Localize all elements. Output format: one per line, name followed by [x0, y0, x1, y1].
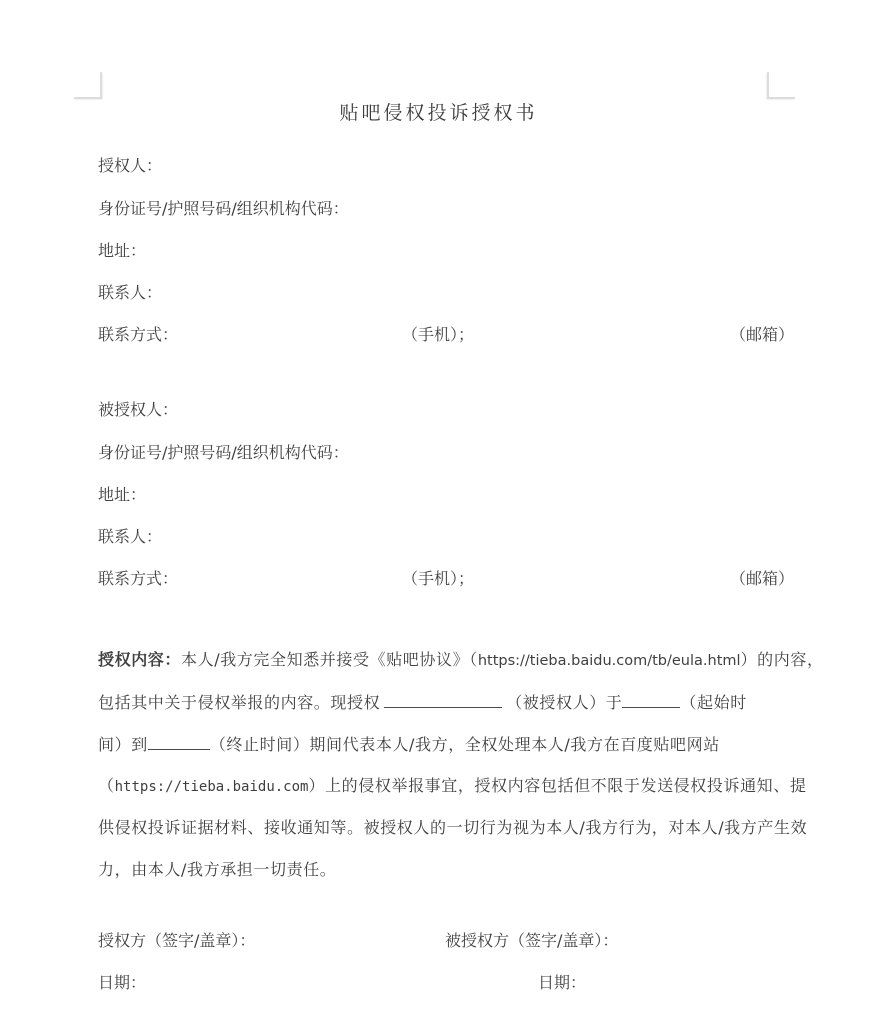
- end-time-blank: [148, 734, 210, 750]
- authorized-date-label: 日期：: [538, 973, 586, 993]
- authorization-l2-text: 包括其中关于侵权举报的内容。现授权: [98, 693, 380, 712]
- authorized-party-label: 被授权人：: [98, 400, 178, 420]
- authorizer-address-label: 地址：: [98, 241, 146, 261]
- authorizer-contact-person-label: 联系人：: [98, 283, 162, 303]
- authorization-heading: 授权内容：: [98, 650, 181, 669]
- authorization-paragraph-line-2: 包括其中关于侵权举报的内容。现授权（被授权人）于（起始时: [98, 692, 747, 713]
- authorized-address-label: 地址：: [98, 485, 146, 505]
- document-page: 贴吧侵权投诉授权书 授权人： 身份证号/护照号码/组织机构代码： 地址： 联系人…: [0, 0, 877, 1022]
- authorizer-phone-hint: （手机）；: [402, 325, 474, 345]
- authorizer-id-label: 身份证号/护照号码/组织机构代码：: [98, 199, 349, 219]
- authorizer-date-label: 日期：: [98, 973, 146, 993]
- authorized-name-blank: [384, 692, 502, 708]
- authorizer-contact-method-label: 联系方式：: [98, 325, 178, 344]
- authorization-l1-tail: ）的内容，: [741, 650, 824, 669]
- authorized-contact-method-row: 联系方式： （手机）； （邮箱）: [98, 569, 178, 589]
- eula-url: https://tieba.baidu.com/tb/eula.html: [478, 653, 741, 669]
- authorization-l2-tail: （起始时: [680, 693, 746, 712]
- authorization-paragraph-line-5: 供侵权投诉证据材料、接收通知等。被授权人的一切行为视为本人/我方行为，对本人/我…: [98, 818, 807, 838]
- margin-corner-top-right-icon: [767, 72, 795, 99]
- authorization-l4-open: （: [98, 776, 115, 795]
- authorization-l2-mid: （被授权人）于: [506, 693, 622, 712]
- authorization-l4-tail: ）上的侵权举报事宜，授权内容包括但不限于发送侵权投诉通知、提: [308, 776, 806, 795]
- authorization-paragraph-line-4: （https://tieba.baidu.com）上的侵权举报事宜，授权内容包括…: [98, 776, 807, 797]
- authorizer-signature-label: 授权方（签字/盖章）：: [98, 931, 255, 951]
- authorizer-contact-method-row: 联系方式： （手机）； （邮箱）: [98, 325, 178, 345]
- authorization-paragraph-line-3: 间）到（终止时间）期间代表本人/我方，全权处理本人/我方在百度贴吧网站: [98, 734, 720, 755]
- document-title: 贴吧侵权投诉授权书: [0, 98, 877, 125]
- authorization-l3-text: 间）到: [98, 735, 148, 754]
- margin-corner-top-left-icon: [74, 72, 102, 99]
- tieba-url: https://tieba.baidu.com: [115, 779, 309, 795]
- authorized-phone-hint: （手机）；: [402, 569, 474, 589]
- authorized-contact-method-label: 联系方式：: [98, 569, 178, 588]
- authorization-paragraph-line-1: 授权内容：本人/我方完全知悉并接受《贴吧协议》（https://tieba.ba…: [98, 650, 824, 671]
- authorization-l3-tail: （终止时间）期间代表本人/我方，全权处理本人/我方在百度贴吧网站: [210, 735, 720, 754]
- authorized-email-hint: （邮箱）: [730, 569, 794, 589]
- authorizer-party-label: 授权人：: [98, 156, 162, 176]
- authorized-contact-person-label: 联系人：: [98, 527, 162, 547]
- authorized-signature-label: 被授权方（签字/盖章）：: [445, 931, 618, 951]
- start-time-blank: [622, 692, 680, 708]
- authorized-id-label: 身份证号/护照号码/组织机构代码：: [98, 443, 349, 463]
- authorization-paragraph-line-6: 力，由本人/我方承担一切责任。: [98, 860, 336, 880]
- authorization-l1-text: 本人/我方完全知悉并接受《贴吧协议》（: [181, 650, 478, 669]
- authorizer-email-hint: （邮箱）: [730, 325, 794, 345]
